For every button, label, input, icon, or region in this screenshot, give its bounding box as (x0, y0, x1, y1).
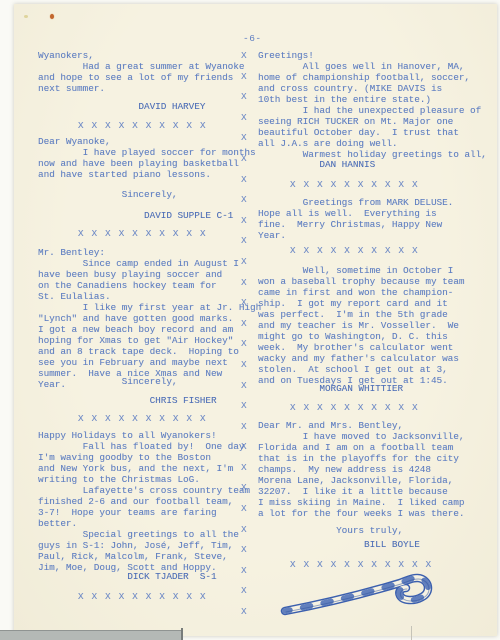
x-divider-row: X X X X X X X X X X (38, 591, 206, 602)
letter-body: Mr. Bentley: Since camp ended in August … (38, 247, 261, 390)
scan-edge-strip (0, 630, 181, 640)
x-divider-row: X X X X X X X X X X (258, 179, 418, 190)
closing-line: Yours truly, (258, 525, 403, 536)
x-divider-row: X X X X X X X X X X (38, 120, 206, 131)
signature-line: CHRIS FISHER (38, 395, 217, 406)
letter-body: Greetings! All goes well in Hanover, MA,… (258, 50, 487, 160)
letter-body: Happy Holidays to all Wyanokers! Fall ha… (38, 430, 250, 573)
signature-line: DAN HANNIS (258, 159, 375, 170)
signature-line: DAVID SUPPLE C-1 (38, 210, 233, 221)
letter-body: Wyanokers, Had a great summer at Wyanoke… (38, 50, 244, 94)
x-divider-row: X X X X X X X X X X (258, 245, 418, 256)
x-divider-row: X X X X X X X X X X (38, 228, 206, 239)
candy-cane-illustration (265, 570, 490, 638)
x-divider-row: X X X X X X X X X X (38, 413, 206, 424)
paper-speck (24, 15, 28, 18)
closing-line: Sincerely, (38, 189, 177, 200)
letter-body: Dear Wyanoke, I have played soccer for m… (38, 136, 256, 180)
x-divider-row: X X X X X X X X X X (258, 402, 418, 413)
letter-body: Dear Mr. and Mrs. Bentley, I have moved … (258, 420, 464, 519)
page-number: -6- (243, 33, 262, 44)
signature-line: MORGAN WHITTIER (258, 383, 403, 394)
letter-body: Well, sometime in October I won a baseba… (258, 265, 464, 386)
x-divider-row: X X X X X X X X X X X (258, 559, 431, 570)
rust-speck (50, 14, 54, 19)
scan-edge-tick (181, 628, 183, 640)
letter-body: Greetings from MARK DELUSE. Hope all is … (258, 197, 453, 241)
signature-line: DAVID HARVEY (38, 101, 205, 112)
signature-line: BILL BOYLE (258, 539, 420, 550)
signature-line: DICK TJADER S-1 (38, 571, 217, 582)
closing-line: Sincerely, (38, 376, 177, 387)
scan-edge-line (411, 626, 412, 640)
